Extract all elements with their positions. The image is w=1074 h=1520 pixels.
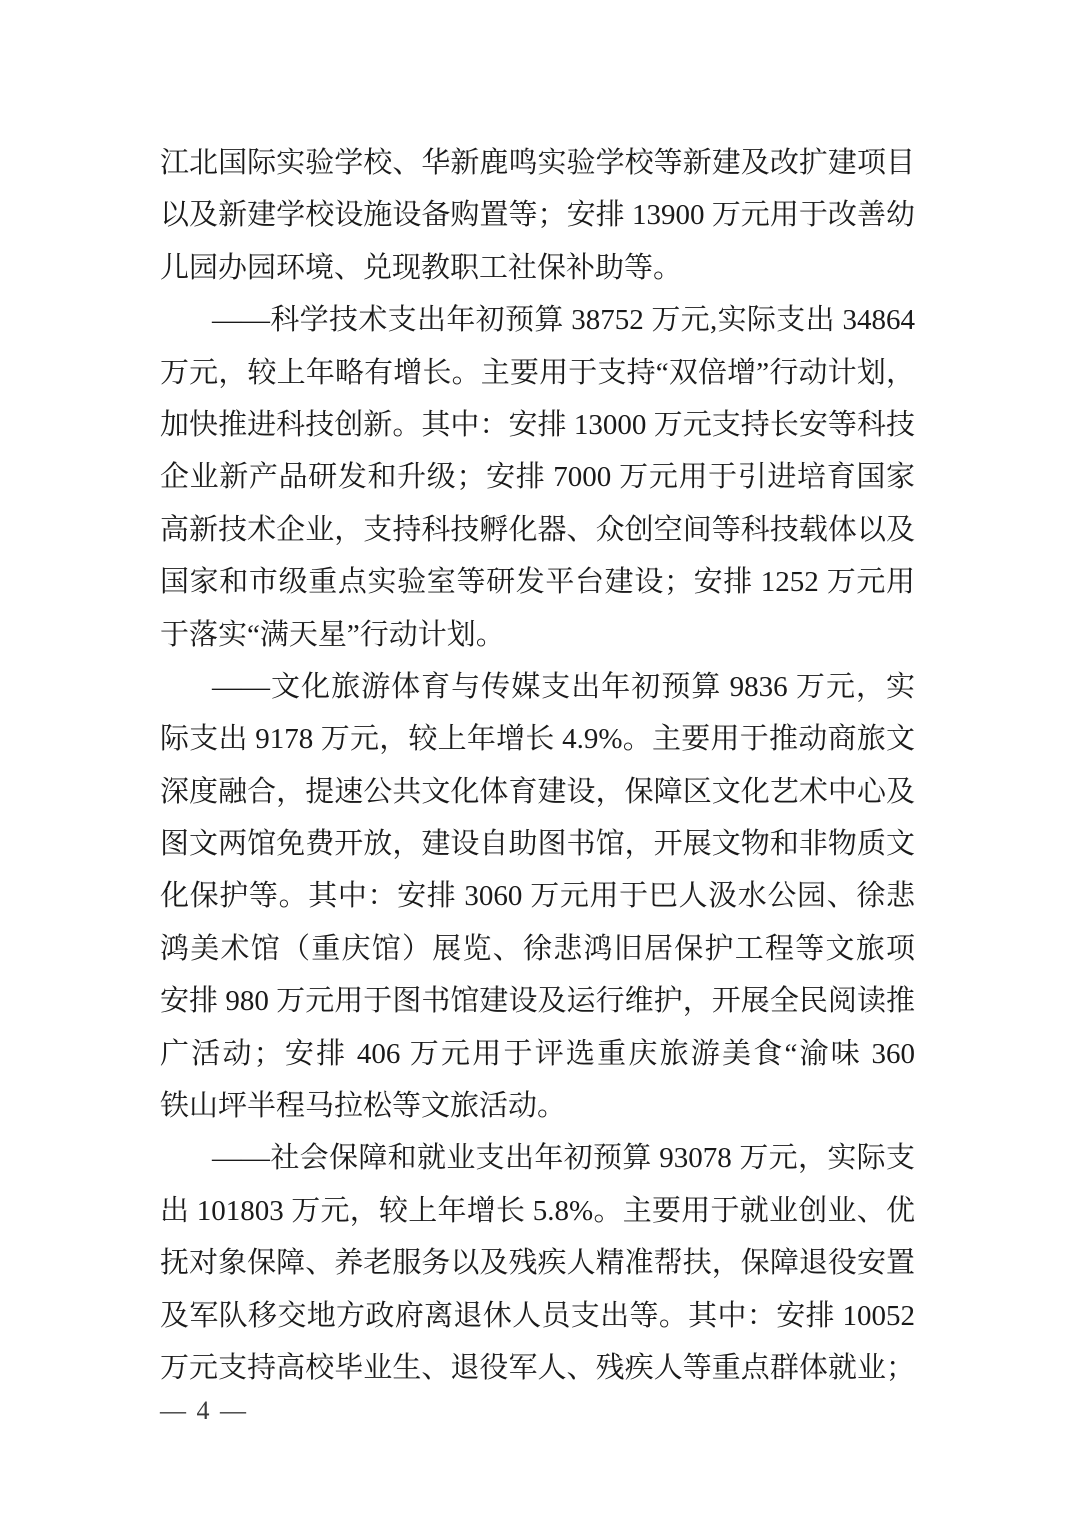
text-line: 化保护等。其中：安排 3060 万元用于巴人汲水公园、徐悲 xyxy=(160,870,915,922)
text-line: 广活动；安排 406 万元用于评选重庆旅游美食“渝味 360 碗”、 xyxy=(160,1028,915,1080)
text-line: 际支出 9178 万元，较上年增长 4.9%。主要用于推动商旅文 xyxy=(160,713,915,765)
text-line: ——科学技术支出年初预算 38752 万元,实际支出 34864 xyxy=(160,294,915,346)
text-line: 以及新建学校设施设备购置等；安排 13900 万元用于改善幼 xyxy=(160,189,915,241)
text-line: 铁山坪半程马拉松等文旅活动。 xyxy=(160,1080,915,1132)
text-line: 万元，较上年略有增长。主要用于支持“双倍增”行动计划， xyxy=(160,347,915,399)
text-line: ——文化旅游体育与传媒支出年初预算 9836 万元，实 xyxy=(160,661,915,713)
text-line: 图文两馆免费开放，建设自助图书馆，开展文物和非物质文 xyxy=(160,818,915,870)
text-line: 加快推进科技创新。其中：安排 13000 万元支持长安等科技 xyxy=(160,399,915,451)
text-line: 出 101803 万元，较上年增长 5.8%。主要用于就业创业、优 xyxy=(160,1185,915,1237)
text-line: 抚对象保障、养老服务以及残疾人精准帮扶，保障退役安置 xyxy=(160,1237,915,1289)
text-line: 万元支持高校毕业生、退役军人、残疾人等重点群体就业； xyxy=(160,1342,915,1394)
page-number-footer: — 4 — xyxy=(160,1396,248,1426)
text-line: ——社会保障和就业支出年初预算 93078 万元，实际支 xyxy=(160,1132,915,1184)
text-line: 深度融合，提速公共文化体育建设，保障区文化艺术中心及 xyxy=(160,766,915,818)
text-line: 高新技术企业，支持科技孵化器、众创空间等科技载体以及 xyxy=(160,504,915,556)
text-line: 儿园办园环境、兑现教职工社保补助等。 xyxy=(160,242,915,294)
text-line: 于落实“满天星”行动计划。 xyxy=(160,609,915,661)
text-line: 及军队移交地方政府离退休人员支出等。其中：安排 10052 xyxy=(160,1290,915,1342)
text-line: 江北国际实验学校、华新鹿鸣实验学校等新建及改扩建项目 xyxy=(160,137,915,189)
text-line: 国家和市级重点实验室等研发平台建设；安排 1252 万元用 xyxy=(160,556,915,608)
text-line: 企业新产品研发和升级；安排 7000 万元用于引进培育国家 xyxy=(160,451,915,503)
text-line: 鸿美术馆（重庆馆）展览、徐悲鸿旧居保护工程等文旅项目； xyxy=(160,923,915,975)
document-page: 江北国际实验学校、华新鹿鸣实验学校等新建及改扩建项目以及新建学校设施设备购置等；… xyxy=(0,0,1074,1520)
text-line: 安排 980 万元用于图书馆建设及运行维护，开展全民阅读推 xyxy=(160,975,915,1027)
body-text: 江北国际实验学校、华新鹿鸣实验学校等新建及改扩建项目以及新建学校设施设备购置等；… xyxy=(160,137,915,1394)
